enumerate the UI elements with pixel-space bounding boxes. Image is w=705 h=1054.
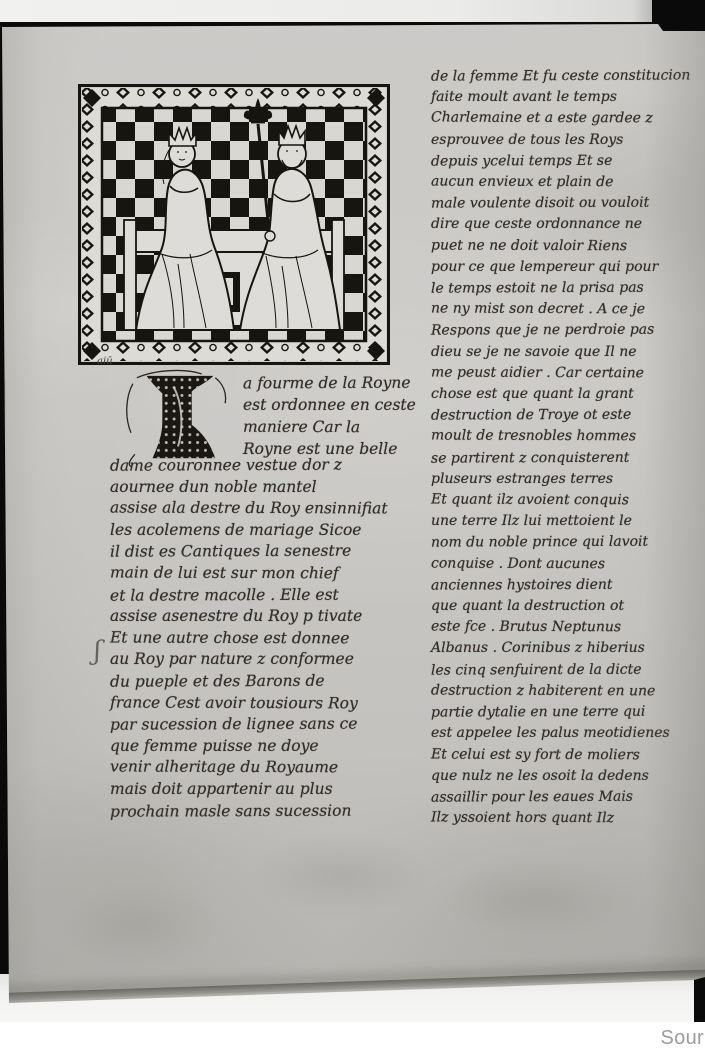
parchment-page: aiū ʃ a fourme [0, 0, 705, 1022]
manuscript-text-line: mais doit appartenir au plus [110, 779, 412, 801]
decorated-initial [122, 368, 237, 468]
manuscript-text-line: se partirent z conquisterent [431, 447, 705, 469]
top-page-edge [0, 0, 652, 22]
throne-post-left [124, 220, 136, 330]
manuscript-text-line: une terre Ilz lui mettoient le [431, 511, 705, 532]
manuscript-text-line: destruction de Troye ot este [431, 405, 705, 427]
manuscript-text-line: me peust aidier . Car certaine [431, 362, 705, 384]
manuscript-text-line: conquise . Dont aucunes [431, 553, 705, 575]
manuscript-text-line: aucun envieux et plain de [431, 172, 705, 194]
manuscript-text-line: depuis ycelui temps Et se [431, 150, 705, 172]
manuscript-text-line: Et celui est sy fort de moliers [431, 744, 705, 766]
manuscript-text-line: male voulente disoit ou vouloit [431, 193, 705, 215]
manuscript-text-line: main de lui est sur mon chief [110, 562, 412, 585]
manuscript-text-line: dire que ceste ordonnance ne [431, 214, 705, 235]
manuscript-text-line: le temps estoit ne la prisa pas [431, 277, 705, 299]
caption-bar: Sour [0, 1022, 705, 1054]
caption-text: Sour [661, 1027, 704, 1050]
manuscript-text-line: pour ce que lempereur qui pour [431, 257, 705, 278]
manuscript-text-line: pluseurs estranges terres [431, 469, 705, 490]
manuscript-text-line: anciennes hystoires dient [431, 574, 705, 596]
manuscript-text-line: dieu se je ne savoie que Il ne [431, 342, 705, 363]
manuscript-text-line: maniere Car la [243, 416, 413, 439]
manuscript-text-line: assaillir pour les eaues Mais [431, 786, 705, 808]
parchment-stain [440, 860, 640, 940]
manuscript-text-line: venir alheritage du Royaume [110, 757, 412, 780]
manuscript-text-line: que femme puisse ne doye [110, 736, 412, 758]
left-column-opening: a fourme de la Royneest ordonnee en cest… [243, 372, 413, 460]
manuscript-text-line: esprouvee de tous les Roys [431, 130, 705, 151]
left-column: dame couronnee vestue dor zaournee dun n… [110, 455, 412, 822]
paragraph-mark: ʃ [94, 636, 101, 666]
manuscript-text-line: puet ne ne doit valoir Riens [431, 235, 705, 257]
miniature-illustration [78, 84, 390, 365]
manuscript-text-line: Et une autre chose est donnee [110, 627, 412, 650]
manuscript-text-line: Respons que je ne perdroie pas [431, 320, 705, 342]
parchment-stain [60, 880, 220, 970]
photo-background: aiū ʃ a fourme [0, 0, 705, 1022]
manuscript-text-line: au Roy par nature z conformee [110, 649, 412, 671]
binding-shadow [0, 380, 6, 1005]
parchment-stain [250, 830, 430, 920]
manuscript-text-line: france Cest avoir tousiours Roy [110, 692, 412, 715]
manuscript-text-line: du pueple et des Barons de [110, 670, 412, 693]
manuscript-text-line: este fce . Brutus Neptunus [431, 617, 705, 639]
inscription: aiū [97, 356, 113, 367]
manuscript-text-line: assise asenestre du Roy p tivate [110, 606, 412, 628]
manuscript-text-line: nom du noble prince qui lavoit [431, 532, 705, 554]
manuscript-text-line: de la femme Et fu ceste constitucion [431, 65, 705, 87]
manuscript-text-line: Albanus . Corinibus z hiberius [431, 638, 705, 659]
manuscript-text-line: assise ala destre du Roy ensinnifiat [110, 498, 412, 521]
manuscript-text-line: prochain masle sans sucession [110, 800, 412, 823]
manuscript-text-line: que quant la destruction ot [431, 596, 705, 617]
manuscript-text-line: moult de tresnobles hommes [431, 426, 705, 448]
manuscript-text-line: les cinq senfuirent de la dicte [431, 659, 705, 681]
manuscript-text-line: dame couronnee vestue dor z [110, 454, 412, 477]
manuscript-text-line: a fourme de la Royne [243, 372, 413, 395]
manuscript-text-line: chose est que quant la grant [431, 384, 705, 405]
manuscript-text-line: il dist es Cantiques la senestre [110, 541, 412, 564]
right-column: de la femme Et fu ceste constitucionfait… [431, 66, 705, 829]
manuscript-text-line: Charlemaine et a este gardee z [431, 108, 705, 130]
manuscript-text-line: Ilz yssoient hors quant Ilz [431, 808, 705, 830]
manuscript-text-line: partie dytalie en une terre qui [431, 701, 705, 723]
manuscript-text-line: aournee dun noble mantel [110, 477, 412, 499]
manuscript-text-line: par sucession de lignee sans ce [110, 713, 412, 736]
manuscript-text-line: faite moult avant le temps [431, 87, 705, 108]
manuscript-text-line: Et quant ilz avoient conquis [431, 490, 705, 512]
manuscript-photo-screenshot: aiū ʃ a fourme [0, 0, 705, 1054]
manuscript-text-line: les acolemens de mariage Sicoe [110, 520, 412, 542]
manuscript-text-line: et la destre macolle . Elle est [110, 584, 412, 607]
manuscript-text-line: destruction z habiterent en une [431, 680, 705, 702]
manuscript-text-line: que nulz ne les osoit la dedens [431, 766, 705, 787]
manuscript-text-line: est ordonnee en ceste [243, 394, 413, 416]
manuscript-text-line: ne ny mist son decret . A ce je [431, 299, 705, 321]
king-hand [265, 231, 275, 241]
manuscript-text-line: est appelee les palus meotidienes [431, 723, 705, 744]
